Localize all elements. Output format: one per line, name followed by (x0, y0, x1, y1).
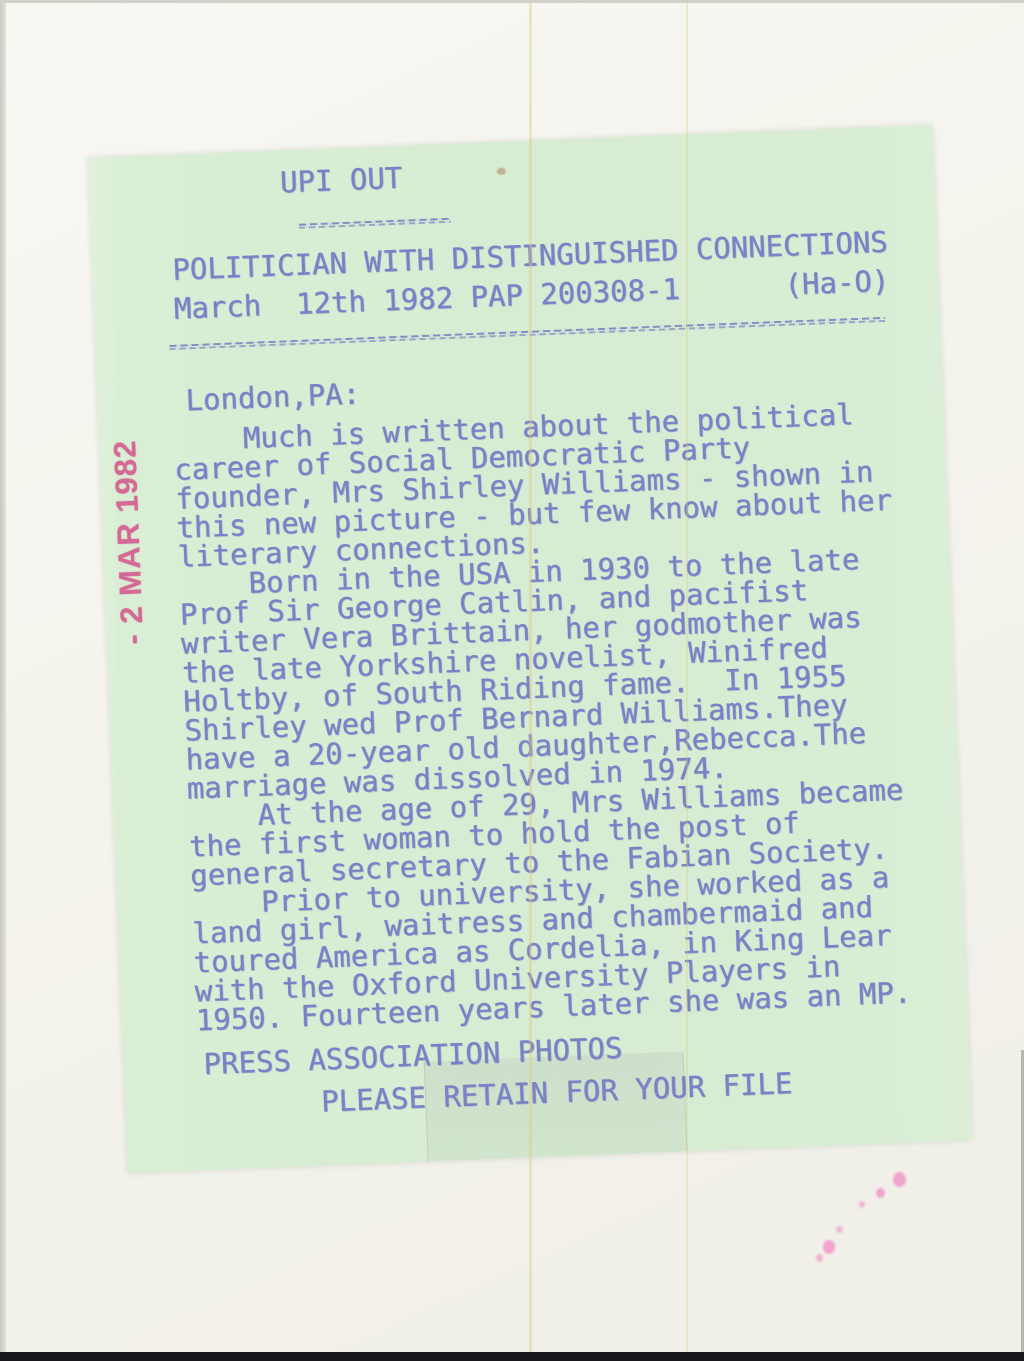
pink-smudge (816, 1254, 823, 1262)
scan-edge-bottom (0, 1352, 1024, 1361)
paper-speck (497, 168, 506, 175)
pink-smudge (859, 1201, 865, 1208)
pink-smudge (823, 1240, 835, 1254)
scan-artifact-line (686, 0, 688, 1361)
scan-artifact-line (529, 0, 532, 1361)
date-received-stamp: - 2 MAR 1982 (106, 422, 161, 646)
caption-body: Much is written about the political care… (173, 399, 912, 1036)
slug-underline (299, 218, 451, 230)
dateline: London,PA: (185, 380, 361, 416)
scan-edge-top (0, 0, 1024, 3)
pink-smudge (893, 1172, 906, 1187)
wire-slug: UPI OUT (280, 164, 403, 198)
pink-smudge (876, 1188, 885, 1198)
pink-smudge (836, 1226, 843, 1233)
scanned-press-caption: UPI OUT POLITICIAN WITH DISTINGUISHED CO… (0, 0, 1024, 1361)
scan-edge-left (0, 0, 6, 1361)
